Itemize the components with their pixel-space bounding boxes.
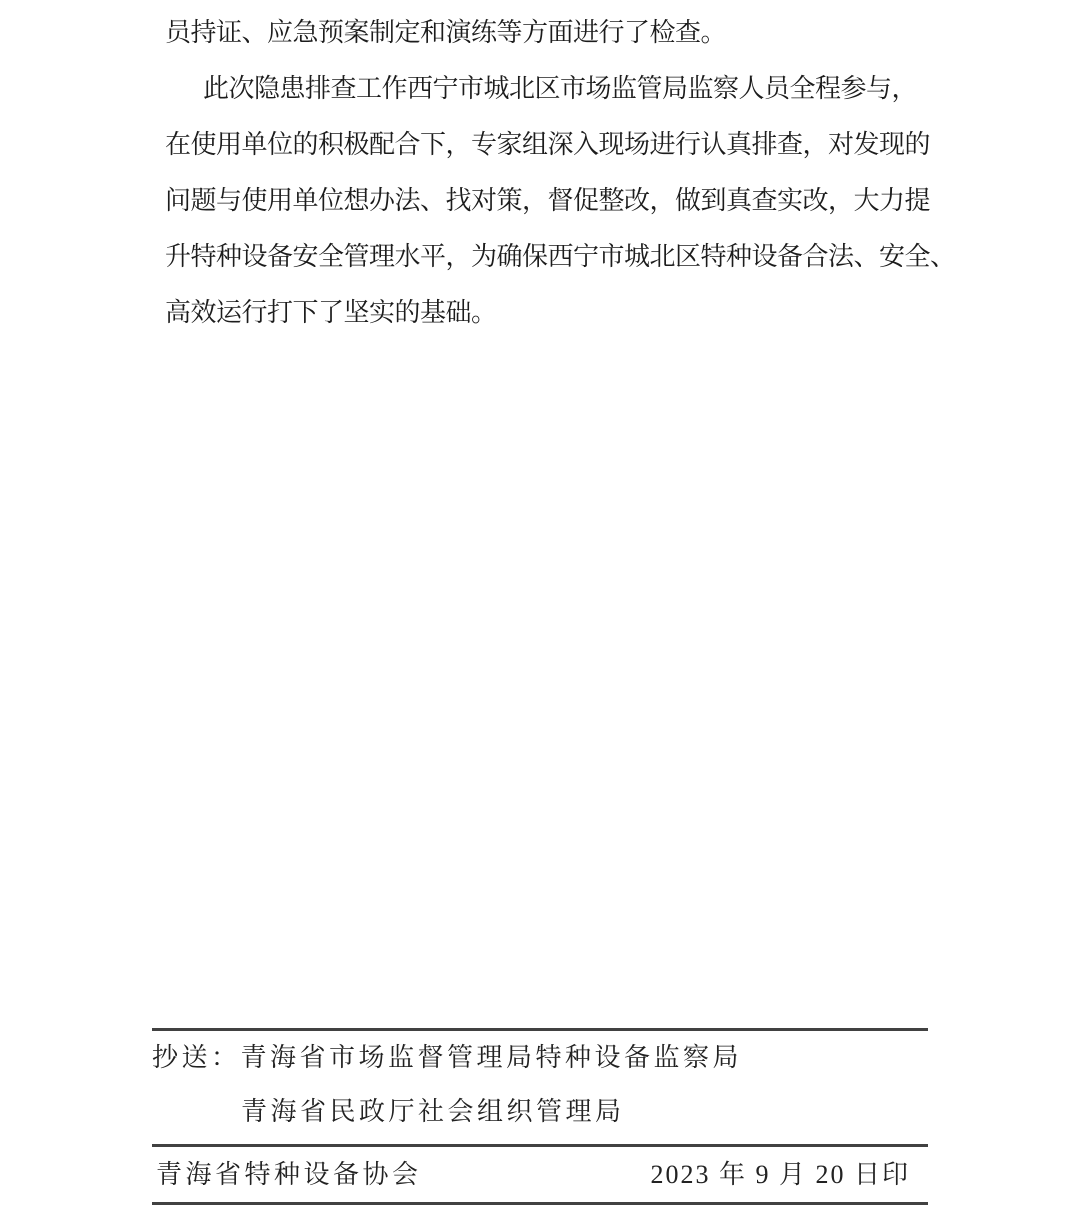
- cc-label: 抄送：: [152, 1043, 241, 1072]
- cc-row-first: 抄送：青海省市场监督管理局特种设备监察局: [152, 1031, 928, 1085]
- document-body: 员持证、应急预案制定和演练等方面进行了检查。 此次隐患排查工作西宁市城北区市场监…: [165, 5, 935, 341]
- cc-recipient-1: 青海省市场监督管理局特种设备监察局: [241, 1043, 743, 1072]
- body-line: 问题与使用单位想办法、找对策，督促整改，做到真查实改，大力提: [165, 173, 935, 229]
- issuer-row: 青海省特种设备协会 2023 年 9 月 20 日印: [152, 1147, 928, 1202]
- body-line-paragraph-end: 高效运行打下了坚实的基础。: [165, 285, 935, 341]
- body-line: 升特种设备安全管理水平，为确保西宁市城北区特种设备合法、安全、: [165, 229, 935, 285]
- divider-rule-bottom: [152, 1202, 928, 1205]
- issuer-name: 青海省特种设备协会: [156, 1147, 422, 1202]
- body-line-continuation: 员持证、应急预案制定和演练等方面进行了检查。: [165, 5, 935, 61]
- body-line: 在使用单位的积极配合下，专家组深入现场进行认真排查，对发现的: [165, 117, 935, 173]
- body-line-paragraph-start: 此次隐患排查工作西宁市城北区市场监管局监察人员全程参与，: [165, 61, 935, 117]
- cc-section: 抄送：青海省市场监督管理局特种设备监察局 青海省民政厅社会组织管理局: [152, 1031, 928, 1139]
- cc-recipient-2: 青海省民政厅社会组织管理局: [241, 1097, 625, 1126]
- document-page: 员持证、应急预案制定和演练等方面进行了检查。 此次隐患排查工作西宁市城北区市场监…: [0, 0, 1088, 1226]
- cc-row-second: 青海省民政厅社会组织管理局: [152, 1085, 928, 1139]
- print-date: 2023 年 9 月 20 日印: [650, 1147, 910, 1202]
